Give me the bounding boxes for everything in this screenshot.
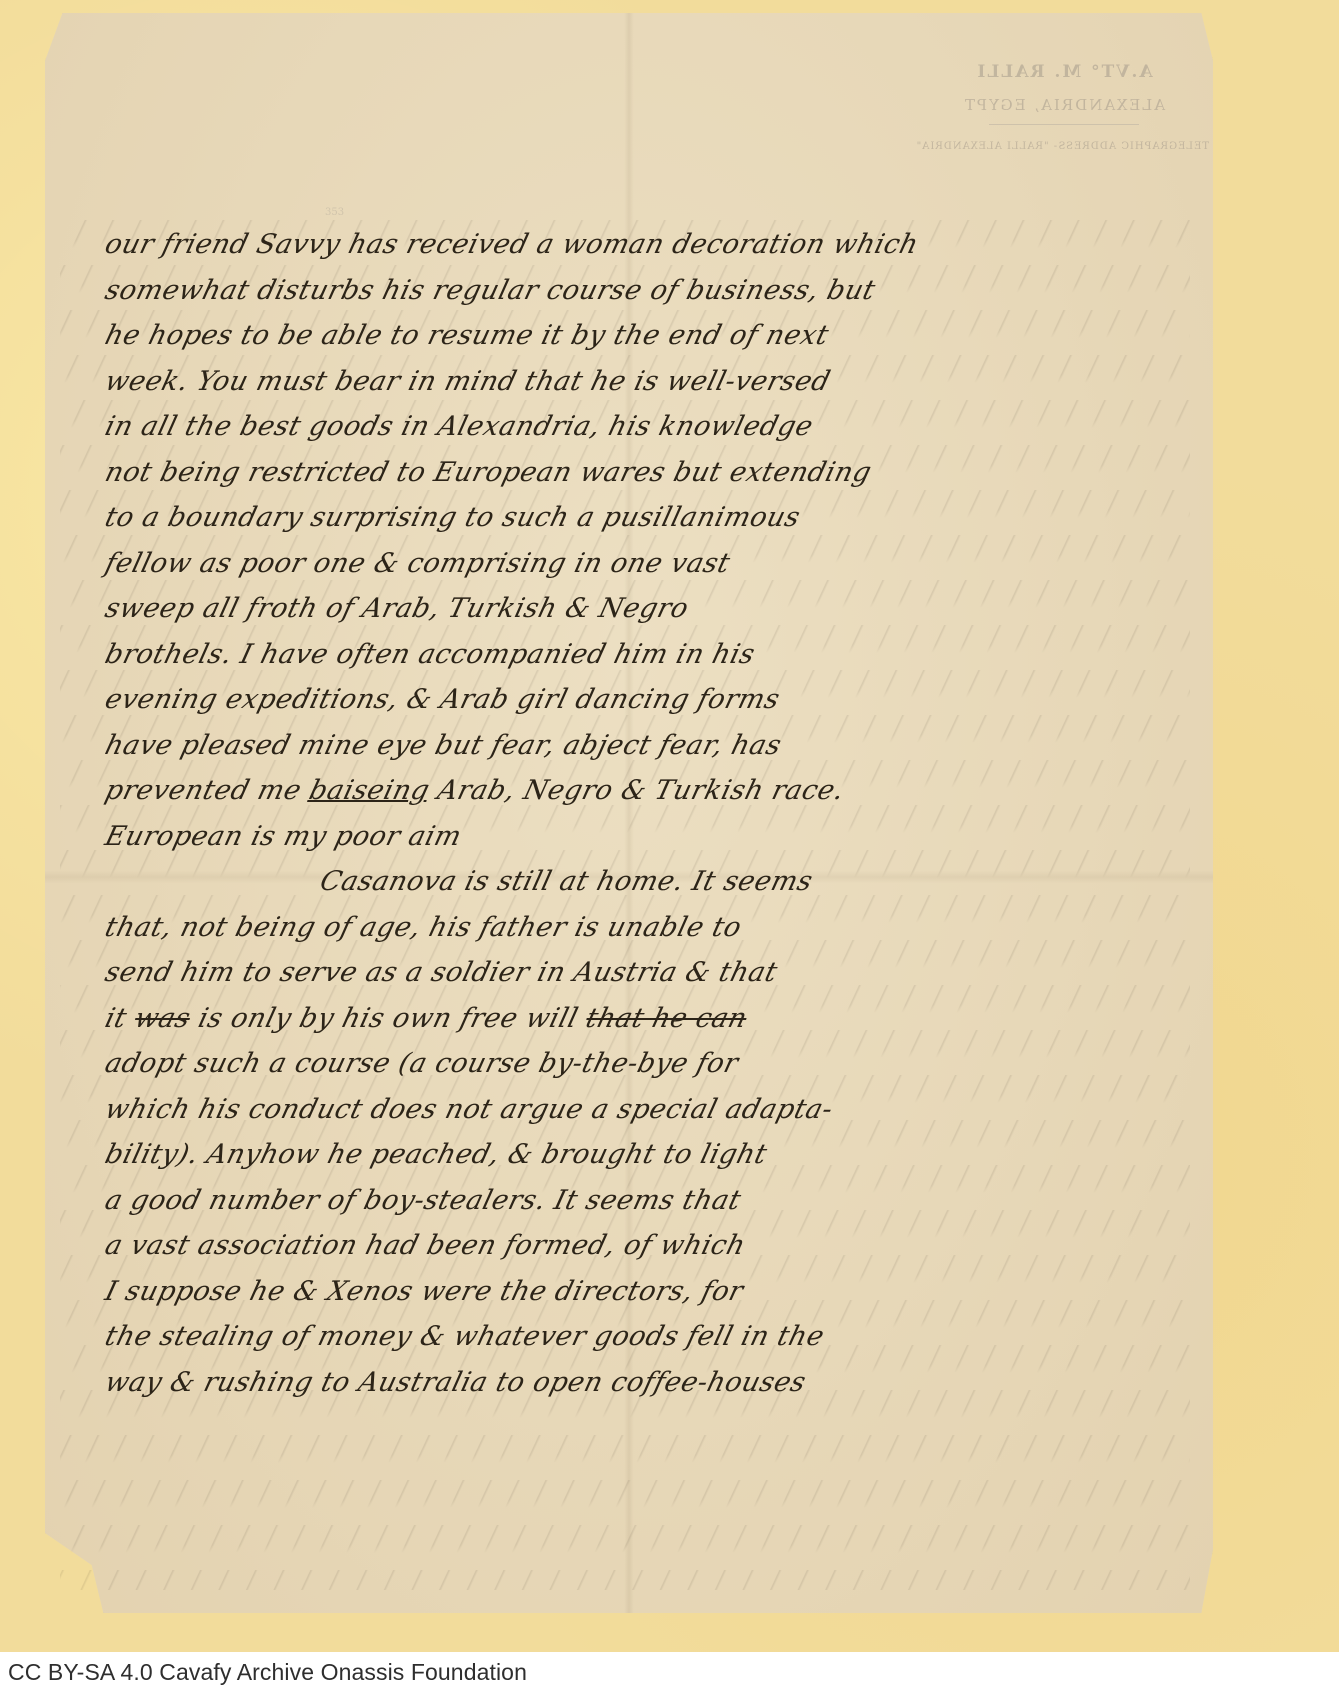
letter-line-text: is only by his own free will: [186, 1003, 590, 1034]
letterhead-bleed-through: A.VT° M. RALLI ALEXANDRIA, EGYPT TELEGRA…: [899, 62, 1229, 152]
underlined-word: baiseing: [306, 775, 433, 806]
struck-word: was: [131, 1003, 193, 1034]
license-credit: CC BY-SA 4.0 Cavafy Archive Onassis Foun…: [8, 1659, 527, 1686]
letterhead-city: ALEXANDRIA, EGYPT: [899, 96, 1229, 114]
letterhead-divider: [989, 124, 1139, 125]
letter-line: not being restricted to European wares b…: [100, 450, 1201, 496]
letter-line: our friend Savvy has received a woman de…: [100, 222, 1201, 268]
letter-line: brothels. I have often accompanied him i…: [100, 632, 1201, 678]
letter-line-paragraph-start: Casanova is still at home. It seems: [100, 859, 1201, 905]
scan-area: A.VT° M. RALLI ALEXANDRIA, EGYPT TELEGRA…: [0, 0, 1339, 1652]
letter-line: way & rushing to Australia to open coffe…: [100, 1360, 1201, 1406]
letter-line: a vast association had been formed, of w…: [100, 1223, 1201, 1269]
letter-line: that, not being of age, his father is un…: [100, 905, 1201, 951]
letter-line: a good number of boy-stealers. It seems …: [100, 1178, 1201, 1224]
letter-line: send him to serve as a soldier in Austri…: [100, 950, 1201, 996]
letter-line-text: Arab, Negro & Turkish race.: [425, 775, 847, 806]
handwritten-letter-body: our friend Savvy has received a woman de…: [100, 222, 1190, 1405]
letter-line: in all the best goods in Alexandria, his…: [100, 404, 1201, 450]
letter-line: to a boundary surprising to such a pusil…: [100, 495, 1201, 541]
letter-line: prevented me baiseing Arab, Negro & Turk…: [100, 768, 1201, 814]
letter-line: I suppose he & Xenos were the directors,…: [100, 1269, 1201, 1315]
letter-line: bility). Anyhow he peached, & brought to…: [100, 1132, 1201, 1178]
letter-line: it was is only by his own free will that…: [100, 996, 1201, 1042]
letterhead-name: A.VT° M. RALLI: [899, 62, 1229, 82]
letter-line-text: prevented me: [102, 775, 314, 806]
letter-line: European is my poor aim: [100, 814, 1201, 860]
letterhead-telegraphic-address: TELEGRAPHIC ADDRESS- "RALLI ALEXANDRIA": [899, 141, 1209, 152]
letter-line: somewhat disturbs his regular course of …: [100, 268, 1201, 314]
letter-line: have pleased mine eye but fear, abject f…: [100, 723, 1201, 769]
page-number: 353: [325, 207, 344, 218]
letter-line: fellow as poor one & comprising in one v…: [100, 541, 1201, 587]
letter-line: which his conduct does not argue a speci…: [100, 1087, 1201, 1133]
letter-line: adopt such a course (a course by-the-bye…: [100, 1041, 1201, 1087]
letter-line: he hopes to be able to resume it by the …: [100, 313, 1201, 359]
letter-line: week. You must bear in mind that he is w…: [100, 359, 1201, 405]
letter-line: the stealing of money & whatever goods f…: [100, 1314, 1201, 1360]
struck-phrase: that he can: [583, 1003, 751, 1034]
letter-line: sweep all froth of Arab, Turkish & Negro: [100, 586, 1201, 632]
letter-line: evening expeditions, & Arab girl dancing…: [100, 677, 1201, 723]
